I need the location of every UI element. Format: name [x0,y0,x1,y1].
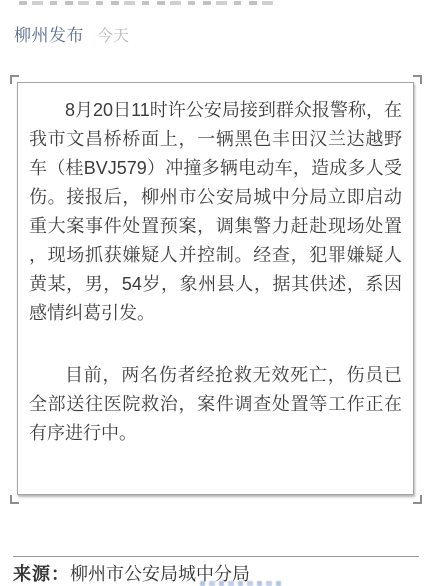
article-text-line: 黄某，男，54岁，象州县人，据其供述，系因 [29,270,402,299]
article-text-line: 我市文昌桥桥面上，一辆黑色丰田汉兰达越野 [29,125,402,154]
police-notice-quote-box: 8月20日11时许公安局接到群众报警称，在 我市文昌桥桥面上，一辆黑色丰田汉兰达… [17,82,414,495]
account-name-link[interactable]: 柳州发布 [14,26,84,45]
corner-bracket-top-right-icon [413,75,422,84]
article-text-line: 感情纠葛引发。 [29,299,402,328]
footer-divider [13,556,419,557]
article-text-line: 目前，两名伤者经抢救无效死亡，伤员已 [29,361,402,390]
wechat-article-page: 柳州发布今天 8月20日11时许公安局接到群众报警称，在 我市文昌桥桥面上，一辆… [0,0,429,586]
cropped-title-remnant [19,1,275,5]
article-meta-header: 柳州发布今天 [14,21,129,46]
source-label: 来源： [13,564,70,584]
notice-paragraph-2: 目前，两名伤者经抢救无效死亡，伤员已 全部送往医院救治，案件调查处置等工作正在 … [29,361,402,448]
article-text-line: 车（桂BVJ579）冲撞多辆电动车，造成多人受 [29,154,402,183]
post-timestamp: 今天 [97,28,129,45]
corner-bracket-bottom-left-icon [10,495,19,504]
corner-bracket-bottom-right-icon [413,495,422,504]
watermark-remnant [200,581,282,586]
article-text-line: 重大案事件处置预案，调集警力赶赴现场处置 [29,212,402,241]
article-text-line: 有序进行中。 [29,419,402,448]
article-text-line: 8月20日11时许公安局接到群众报警称，在 [29,96,402,125]
article-text-line: 全部送往医院救治，案件调查处置等工作正在 [29,390,402,419]
article-text-line: 伤。接报后，柳州市公安局城中分局立即启动 [29,183,402,212]
article-text-line: ，现场抓获嫌疑人并控制。经查，犯罪嫌疑人 [29,241,402,270]
notice-paragraph-1: 8月20日11时许公安局接到群众报警称，在 我市文昌桥桥面上，一辆黑色丰田汉兰达… [29,96,402,328]
